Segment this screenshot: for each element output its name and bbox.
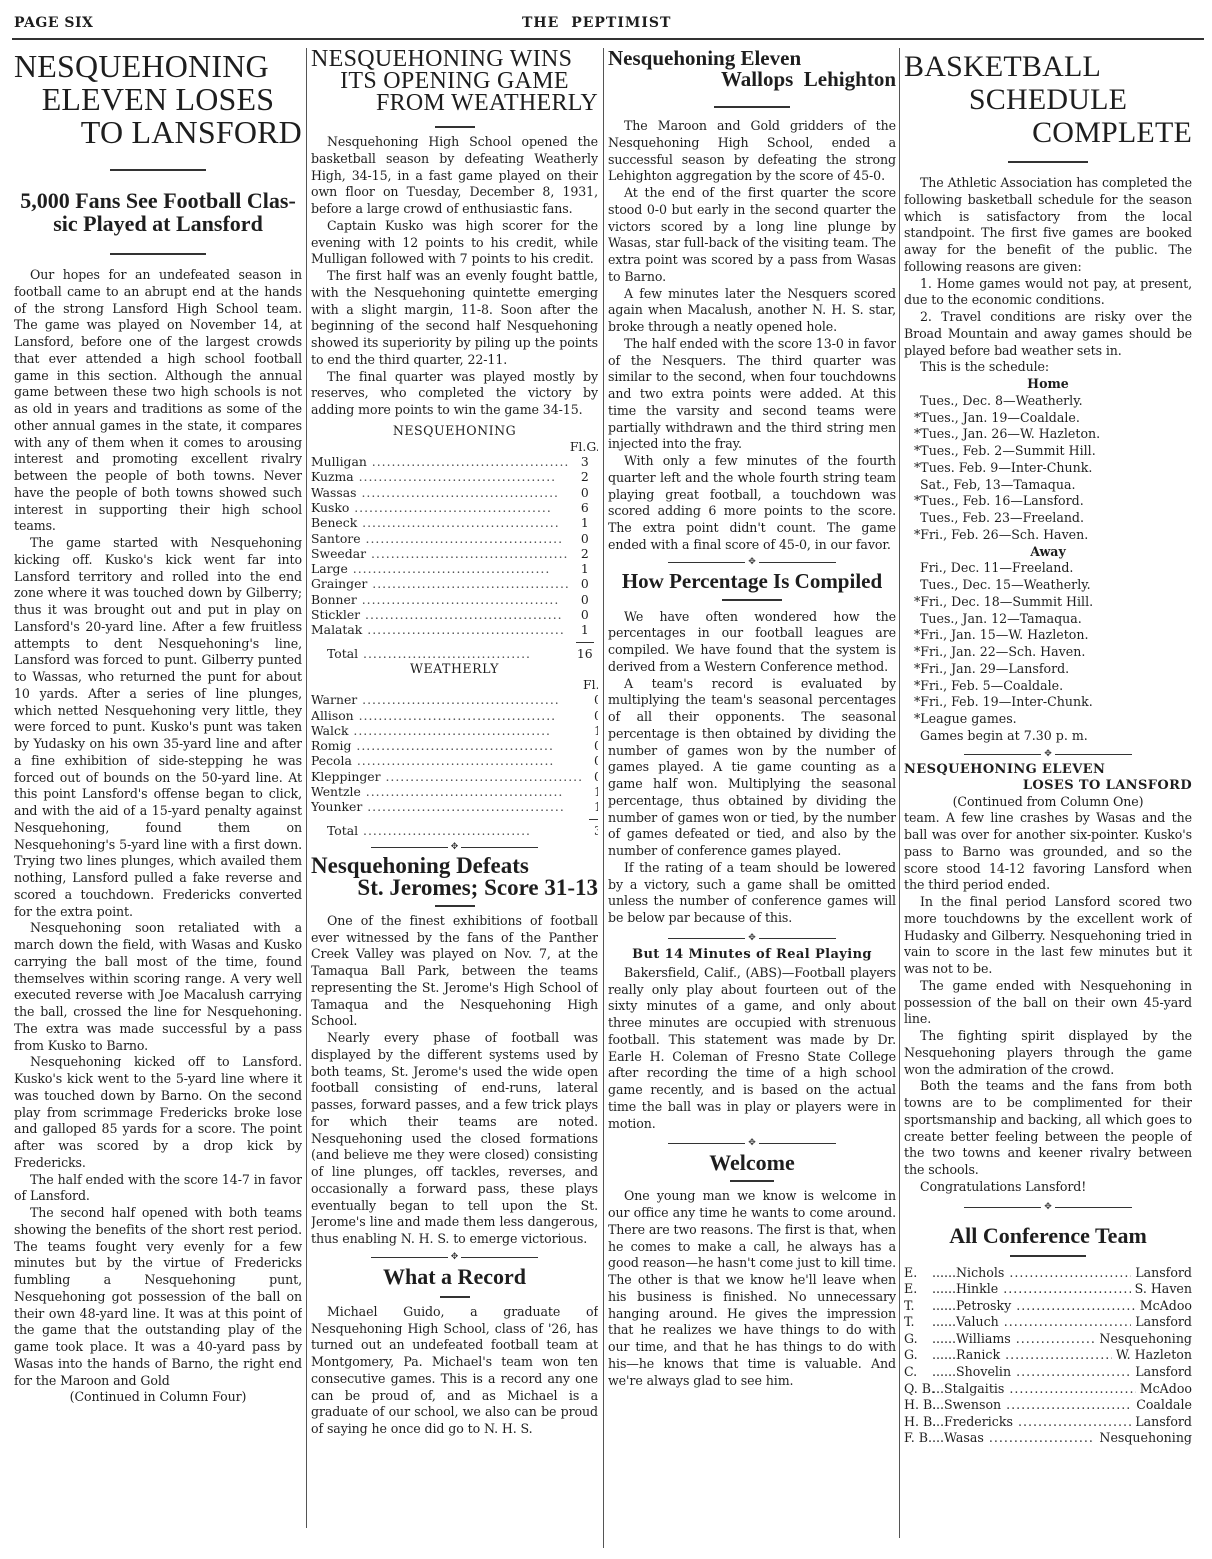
subhead-5000-fans: 5,000 Fans See Football Clas- sic Played… xyxy=(14,189,302,235)
school-name: Lansford xyxy=(1131,1314,1192,1331)
field-goals: 0 xyxy=(570,592,598,607)
all-conference-row: E.......HinkleS. Haven xyxy=(904,1281,1192,1298)
player-name: Kuzma xyxy=(311,469,354,484)
home-game-entry: Sat., Feb, 13—Tamaqua. xyxy=(904,477,1192,494)
headline-eleven-loses: NESQUEHONING ELEVEN LOSES TO LANSFORD xyxy=(14,50,302,149)
player-name: ......Shovelin xyxy=(932,1364,1131,1381)
away-game-entry: Tues., Dec. 15—Weatherly. xyxy=(904,577,1192,594)
school-name: Lansford xyxy=(1131,1364,1192,1381)
paragraph: The game started with Nesquehoning kicki… xyxy=(14,535,302,920)
total-label: Total xyxy=(327,823,358,838)
paragraph: Captain Kusko was high scorer for the ev… xyxy=(311,218,598,268)
position: G. xyxy=(904,1347,932,1364)
player-name-cell: Pecola .................................… xyxy=(311,753,583,768)
rule-mark xyxy=(570,638,598,646)
box-score: NESQUEHONING Fl.G.F.G.Tot.Mulligan .....… xyxy=(311,423,598,838)
section-divider: ✥ xyxy=(311,1252,598,1262)
home-game-entry: *Tues., Feb. 16—Lansford. xyxy=(904,493,1192,510)
paragraph: Michael Guido, a graduate of Nesquehonin… xyxy=(311,1304,598,1438)
away-game-entry: *Fri., Dec. 18—Summit Hill. xyxy=(904,594,1192,611)
player-name: Large xyxy=(311,561,348,576)
continued-note: (Continued in Column Four) xyxy=(14,1389,302,1406)
paragraph: Our hopes for an undefeated season in fo… xyxy=(14,267,302,535)
column-header: Fl.G. xyxy=(583,677,598,692)
headline-what-a-record: What a Record xyxy=(311,1265,598,1288)
away-game-entry: Fri., Dec. 11—Freeland. xyxy=(904,560,1192,577)
player-name-cell: Allison ................................… xyxy=(311,708,583,723)
school-name: Nesquehoning xyxy=(1095,1331,1192,1348)
page-number: PAGE SIX xyxy=(14,15,93,31)
field-goals: 1 xyxy=(583,723,598,738)
all-conference-row: T.......PetroskyMcAdoo xyxy=(904,1298,1192,1315)
player-name: Kusko xyxy=(311,500,349,515)
total-label-cell: Total .................................. xyxy=(311,823,583,838)
player-name-cell: Beneck .................................… xyxy=(311,515,570,530)
player-row: Large ..................................… xyxy=(311,561,598,576)
spacer xyxy=(311,815,583,823)
field-goals: 1 xyxy=(570,515,598,530)
masthead-rule xyxy=(12,38,1204,40)
player-row: Sweedar ................................… xyxy=(311,546,598,561)
leader-dots: ........................................ xyxy=(357,592,559,607)
paragraph: At the end of the first quarter the scor… xyxy=(608,185,896,286)
player-name-cell: Large ..................................… xyxy=(311,561,570,576)
position: F. B. xyxy=(904,1430,932,1447)
player-name: Beneck xyxy=(311,515,357,530)
field-goals: 0 xyxy=(583,753,598,768)
headline-rule xyxy=(714,106,790,108)
leader-dots: ........................................ xyxy=(360,607,562,622)
player-row: Wassas .................................… xyxy=(311,485,598,500)
headline-rule xyxy=(730,1180,774,1182)
headline-basketball-schedule: BASKETBALL SCHEDULE COMPLETE xyxy=(904,50,1192,149)
player-row: Mulligan ...............................… xyxy=(311,454,598,469)
paragraph: A team's record is evaluated by multiply… xyxy=(608,676,896,860)
player-name-cell: Mulligan ...............................… xyxy=(311,454,570,469)
player-name-cell: Bonner .................................… xyxy=(311,592,570,607)
leader-dots: ........................................ xyxy=(348,561,550,576)
school-name: McAdoo xyxy=(1136,1298,1192,1315)
paragraph: One young man we know is welcome in our … xyxy=(608,1188,896,1389)
home-game-entry: *Tues., Jan. 26—W. Hazleton. xyxy=(904,426,1192,443)
leader-dots: ........................................ xyxy=(354,469,556,484)
home-game-entry: Tues., Feb. 23—Freeland. xyxy=(904,510,1192,527)
leader-dots: ........................................ xyxy=(352,753,554,768)
paragraph: With only a few minutes of the fourth qu… xyxy=(608,453,896,554)
schedule-away-heading: Away xyxy=(904,544,1192,561)
leader-dots: ........................................ xyxy=(354,708,556,723)
leader-dots: ........................................ xyxy=(362,799,564,814)
school-name: Nesquehoning xyxy=(1095,1430,1192,1447)
player-name: ...Stalgaitis xyxy=(932,1381,1136,1398)
column-divider xyxy=(603,48,604,1548)
team-name: NESQUEHONING xyxy=(311,423,598,439)
all-conference-row: E.......NicholsLansford xyxy=(904,1265,1192,1282)
all-conference-row: H. B....SwensonCoaldale xyxy=(904,1397,1192,1414)
paragraph: The final quarter was played mostly by r… xyxy=(311,369,598,419)
player-row: Kusko ..................................… xyxy=(311,500,598,515)
home-game-entry: Tues., Dec. 8—Weatherly. xyxy=(904,393,1192,410)
school-name: McAdoo xyxy=(1136,1381,1192,1398)
leader-dots: ........................................ xyxy=(361,531,563,546)
headline-defeats-st-jeromes: Nesquehoning Defeats St. Jeromes; Score … xyxy=(311,855,598,899)
all-conference-list: E.......NicholsLansfordE.......HinkleS. … xyxy=(904,1265,1192,1448)
player-name: Romig xyxy=(311,738,351,753)
player-row: Stickler ...............................… xyxy=(311,607,598,622)
column-divider xyxy=(306,48,307,1528)
school-name: Coaldale xyxy=(1132,1397,1192,1414)
total-field-goals: 16 xyxy=(570,646,598,661)
column-divider xyxy=(899,48,900,1538)
league-games-footnote: *League games. xyxy=(904,711,1192,728)
player-row: Kleppinger .............................… xyxy=(311,769,598,784)
away-game-entry: Tues., Jan. 12—Tamaqua. xyxy=(904,611,1192,628)
headline-wins-opening-game: NESQUEHONING WINS ITS OPENING GAME FROM … xyxy=(311,48,598,114)
position: C. xyxy=(904,1364,932,1381)
player-name: ......Valuch xyxy=(932,1314,1131,1331)
player-name: ...Wasas xyxy=(932,1430,1095,1447)
player-row: Bonner .................................… xyxy=(311,592,598,607)
player-name-cell: Younker ................................… xyxy=(311,799,583,814)
box-score-table-nesquehoning: Fl.G.F.G.Tot.Mulligan ..................… xyxy=(311,439,598,661)
section-divider: ✥ xyxy=(608,933,896,943)
leader-dots: ........................................ xyxy=(367,454,569,469)
player-name: ......Williams xyxy=(932,1331,1095,1348)
box-header-row: Fl.G.F.G.Tot. xyxy=(311,677,598,692)
column-two: NESQUEHONING WINS ITS OPENING GAME FROM … xyxy=(311,48,598,1556)
position: T. xyxy=(904,1298,932,1315)
home-game-entry: *Tues., Jan. 19—Coaldale. xyxy=(904,410,1192,427)
position: E. xyxy=(904,1281,932,1298)
all-conference-row: H. B....FredericksLansford xyxy=(904,1414,1192,1431)
continued-from-note: (Continued from Column One) xyxy=(904,794,1192,811)
headline-rule xyxy=(440,1296,470,1298)
player-name-cell: Malatak ................................… xyxy=(311,622,570,637)
field-goals: 2 xyxy=(570,546,598,561)
player-name-cell: Grainger ...............................… xyxy=(311,576,570,591)
player-name: ......Hinkle xyxy=(932,1281,1131,1298)
rule-mark xyxy=(583,815,598,823)
school-name: Lansford xyxy=(1131,1265,1192,1282)
field-goals: 0 xyxy=(570,485,598,500)
player-name: Stickler xyxy=(311,607,360,622)
player-name-cell: Warner .................................… xyxy=(311,692,583,707)
box-score-table-weatherly: Fl.G.F.G.Tot.Warner ....................… xyxy=(311,677,598,838)
player-row: Warner .................................… xyxy=(311,692,598,707)
team-name: WEATHERLY xyxy=(311,661,598,677)
headline-rule xyxy=(1010,1255,1086,1257)
paragraph: If the rating of a team should be lowere… xyxy=(608,860,896,927)
total-rule-row xyxy=(311,638,598,646)
paragraph: Nesquehoning soon retaliated with a marc… xyxy=(14,920,302,1054)
player-name: Grainger xyxy=(311,576,367,591)
paragraph: The game ended with Nesquehoning in poss… xyxy=(904,978,1192,1028)
column-four: BASKETBALL SCHEDULE COMPLETE The Athleti… xyxy=(904,48,1192,1556)
school-name: W. Hazleton xyxy=(1112,1347,1192,1364)
home-games-list: Tues., Dec. 8—Weatherly.*Tues., Jan. 19—… xyxy=(904,393,1192,544)
player-name: Warner xyxy=(311,692,357,707)
player-name: Walck xyxy=(311,723,348,738)
school-name: Lansford xyxy=(1131,1414,1192,1431)
section-divider: ✥ xyxy=(904,749,1192,759)
player-name-cell: Kusko ..................................… xyxy=(311,500,570,515)
paragraph: team. A few line crashes by Wasas and th… xyxy=(904,810,1192,894)
paragraph: A few minutes later the Nesquers scored … xyxy=(608,286,896,336)
player-row: Malatak ................................… xyxy=(311,622,598,637)
headline-rule xyxy=(110,169,206,171)
position: H. B. xyxy=(904,1397,932,1414)
paragraph: Nesquehoning High School opened the bask… xyxy=(311,134,598,218)
leader-dots: .................................. xyxy=(358,823,531,838)
paragraph: The half ended with the score 13-0 in fa… xyxy=(608,336,896,453)
player-name: ......Nichols xyxy=(932,1265,1131,1282)
headline-all-conference-team: All Conference Team xyxy=(904,1224,1192,1247)
total-rule-row xyxy=(311,815,598,823)
leader-dots: ........................................ xyxy=(357,692,559,707)
header-spacer xyxy=(311,439,570,454)
all-conference-row: G.......RanickW. Hazleton xyxy=(904,1347,1192,1364)
section-divider: ✥ xyxy=(904,1202,1192,1212)
player-name: Allison xyxy=(311,708,354,723)
leader-dots: ........................................ xyxy=(366,546,568,561)
player-name-cell: Sweedar ................................… xyxy=(311,546,570,561)
position: H. B. xyxy=(904,1414,932,1431)
player-name: ......Ranick xyxy=(932,1347,1112,1364)
header-spacer xyxy=(311,677,583,692)
player-name-cell: Kleppinger .............................… xyxy=(311,769,583,784)
field-goals: 0 xyxy=(583,692,598,707)
paragraph: This is the schedule: xyxy=(904,359,1192,376)
player-row: Walck ..................................… xyxy=(311,723,598,738)
field-goals: 6 xyxy=(570,500,598,515)
away-game-entry: *Fri., Jan. 22—Sch. Haven. xyxy=(904,644,1192,661)
player-row: Allison ................................… xyxy=(311,708,598,723)
home-game-entry: *Fri., Feb. 26—Sch. Haven. xyxy=(904,527,1192,544)
player-name: Younker xyxy=(311,799,362,814)
paragraph: Nesquehoning kicked off to Lansford. Kus… xyxy=(14,1054,302,1171)
position: T. xyxy=(904,1314,932,1331)
field-goals: 1 xyxy=(570,561,598,576)
position: Q. B. xyxy=(904,1381,932,1398)
field-goals: 2 xyxy=(570,469,598,484)
player-name-cell: Romig ..................................… xyxy=(311,738,583,753)
field-goals: 1 xyxy=(583,784,598,799)
paragraph: One of the finest exhibitions of footbal… xyxy=(311,913,598,1030)
leader-dots: ........................................ xyxy=(348,723,550,738)
player-name: Pecola xyxy=(311,753,352,768)
away-game-entry: *Fri., Jan. 15—W. Hazleton. xyxy=(904,627,1192,644)
position: G. xyxy=(904,1331,932,1348)
field-goals: 0 xyxy=(570,607,598,622)
headline-rule xyxy=(1008,161,1088,163)
headline-14-minutes: But 14 Minutes of Real Playing xyxy=(608,947,896,963)
paragraph: Nearly every phase of football was displ… xyxy=(311,1030,598,1248)
field-goals: 3 xyxy=(570,454,598,469)
headline-rule xyxy=(435,905,475,907)
paragraph: The Athletic Association has completed t… xyxy=(904,175,1192,276)
headline-percentage-compiled: How Percentage Is Compiled xyxy=(608,570,896,593)
leader-dots: ........................................ xyxy=(349,500,551,515)
position: E. xyxy=(904,1265,932,1282)
column-header: Fl.G. xyxy=(570,439,598,454)
paragraph: Both the teams and the fans from both to… xyxy=(904,1078,1192,1179)
player-name: Wassas xyxy=(311,485,357,500)
all-conference-row: F. B....WasasNesquehoning xyxy=(904,1430,1192,1447)
leader-dots: ........................................ xyxy=(362,622,564,637)
away-game-entry: *Fri., Feb. 19—Inter-Chunk. xyxy=(904,694,1192,711)
player-name: Santore xyxy=(311,531,361,546)
total-row: Total ..................................… xyxy=(311,646,598,661)
player-row: Beneck .................................… xyxy=(311,515,598,530)
all-conference-row: C.......ShovelinLansford xyxy=(904,1364,1192,1381)
player-name: Mulligan xyxy=(311,454,367,469)
article-body: Our hopes for an undefeated season in fo… xyxy=(14,267,302,1406)
away-game-entry: *Fri., Feb. 5—Coaldale. xyxy=(904,678,1192,695)
section-divider: ✥ xyxy=(608,557,896,567)
home-game-entry: *Tues., Feb. 2—Summit Hill. xyxy=(904,443,1192,460)
player-name: Malatak xyxy=(311,622,362,637)
section-divider: ✥ xyxy=(608,1138,896,1148)
section-divider: ✥ xyxy=(311,842,598,852)
field-goals: 0 xyxy=(583,769,598,784)
all-conference-row: G.......WilliamsNesquehoning xyxy=(904,1331,1192,1348)
all-conference-row: Q. B....StalgaitisMcAdoo xyxy=(904,1381,1192,1398)
player-name: ...Fredericks xyxy=(932,1414,1131,1431)
box-header-row: Fl.G.F.G.Tot. xyxy=(311,439,598,454)
field-goals: 1 xyxy=(583,799,598,814)
paragraph: The second half opened with both teams s… xyxy=(14,1205,302,1389)
paragraph: In the final period Lansford scored two … xyxy=(904,894,1192,978)
column-one: NESQUEHONING ELEVEN LOSES TO LANSFORD 5,… xyxy=(14,48,302,1556)
field-goals: 0 xyxy=(570,576,598,591)
paragraph: We have often wondered how the percentag… xyxy=(608,609,896,676)
player-name-cell: Wassas .................................… xyxy=(311,485,570,500)
field-goals: 0 xyxy=(570,531,598,546)
player-name-cell: Wentzle ................................… xyxy=(311,784,583,799)
home-game-entry: *Tues. Feb. 9—Inter-Chunk. xyxy=(904,460,1192,477)
headline-rule xyxy=(722,599,782,601)
field-goals: 1 xyxy=(570,622,598,637)
total-field-goals: 3 xyxy=(583,823,598,838)
paragraph: 1. Home games would not pay, at present,… xyxy=(904,276,1192,310)
subhead-rule xyxy=(110,253,206,255)
player-name: Bonner xyxy=(311,592,357,607)
masthead: PAGE SIX THE PEPTIMIST xyxy=(0,0,1212,40)
player-row: Younker ................................… xyxy=(311,799,598,814)
leader-dots: ........................................ xyxy=(357,485,559,500)
player-name: Sweedar xyxy=(311,546,366,561)
paragraph: Congratulations Lansford! xyxy=(904,1179,1192,1196)
leader-dots: ........................................ xyxy=(361,784,563,799)
leader-dots: ........................................ xyxy=(351,738,553,753)
newspaper-name: THE PEPTIMIST xyxy=(522,15,671,31)
all-conference-row: T.......ValuchLansford xyxy=(904,1314,1192,1331)
paragraph: The half ended with the score 14-7 in fa… xyxy=(14,1172,302,1206)
player-name-cell: Kuzma ..................................… xyxy=(311,469,570,484)
player-name: Wentzle xyxy=(311,784,361,799)
total-label: Total xyxy=(327,646,358,661)
paragraph: The Maroon and Gold gridders of the Nesq… xyxy=(608,118,896,185)
player-name: ...Swenson xyxy=(932,1397,1132,1414)
player-row: Grainger ...............................… xyxy=(311,576,598,591)
player-name-cell: Santore ................................… xyxy=(311,531,570,546)
leader-dots: ........................................ xyxy=(357,515,559,530)
total-label-cell: Total .................................. xyxy=(311,646,570,661)
player-name: ......Petrosky xyxy=(932,1298,1136,1315)
headline-wallops-lehighton: Nesquehoning Eleven Wallops Lehighton xyxy=(608,48,896,90)
player-row: Pecola .................................… xyxy=(311,753,598,768)
player-name-cell: Walck ..................................… xyxy=(311,723,583,738)
player-name-cell: Stickler ...............................… xyxy=(311,607,570,622)
paragraph: Bakersfield, Calif., (ABS)—Football play… xyxy=(608,965,896,1133)
headline-rule xyxy=(435,126,475,128)
paragraph: The fighting spirit displayed by the Nes… xyxy=(904,1028,1192,1078)
field-goals: 0 xyxy=(583,738,598,753)
paragraph: The first half was an evenly fought batt… xyxy=(311,268,598,369)
player-row: Santore ................................… xyxy=(311,531,598,546)
basketball-schedule: Home Tues., Dec. 8—Weatherly.*Tues., Jan… xyxy=(904,376,1192,745)
schedule-home-heading: Home xyxy=(904,376,1192,393)
player-row: Wentzle ................................… xyxy=(311,784,598,799)
away-game-entry: *Fri., Jan. 29—Lansford. xyxy=(904,661,1192,678)
headline-welcome: Welcome xyxy=(608,1151,896,1174)
leader-dots: ........................................ xyxy=(381,769,583,784)
school-name: S. Haven xyxy=(1131,1281,1192,1298)
player-name: Kleppinger xyxy=(311,769,381,784)
total-row: Total ..................................… xyxy=(311,823,598,838)
headline-continuation: NESQUEHONING ELEVEN LOSES TO LANSFORD xyxy=(904,762,1192,794)
spacer xyxy=(311,638,570,646)
paragraph: 2. Travel conditions are risky over the … xyxy=(904,309,1192,359)
leader-dots: ........................................ xyxy=(367,576,569,591)
games-start-time: Games begin at 7.30 p. m. xyxy=(904,728,1192,745)
column-three: Nesquehoning Eleven Wallops Lehighton Th… xyxy=(608,48,896,1556)
field-goals: 0 xyxy=(583,708,598,723)
player-row: Kuzma ..................................… xyxy=(311,469,598,484)
player-row: Romig ..................................… xyxy=(311,738,598,753)
away-games-list: Fri., Dec. 11—Freeland.Tues., Dec. 15—We… xyxy=(904,560,1192,711)
leader-dots: .................................. xyxy=(358,646,531,661)
